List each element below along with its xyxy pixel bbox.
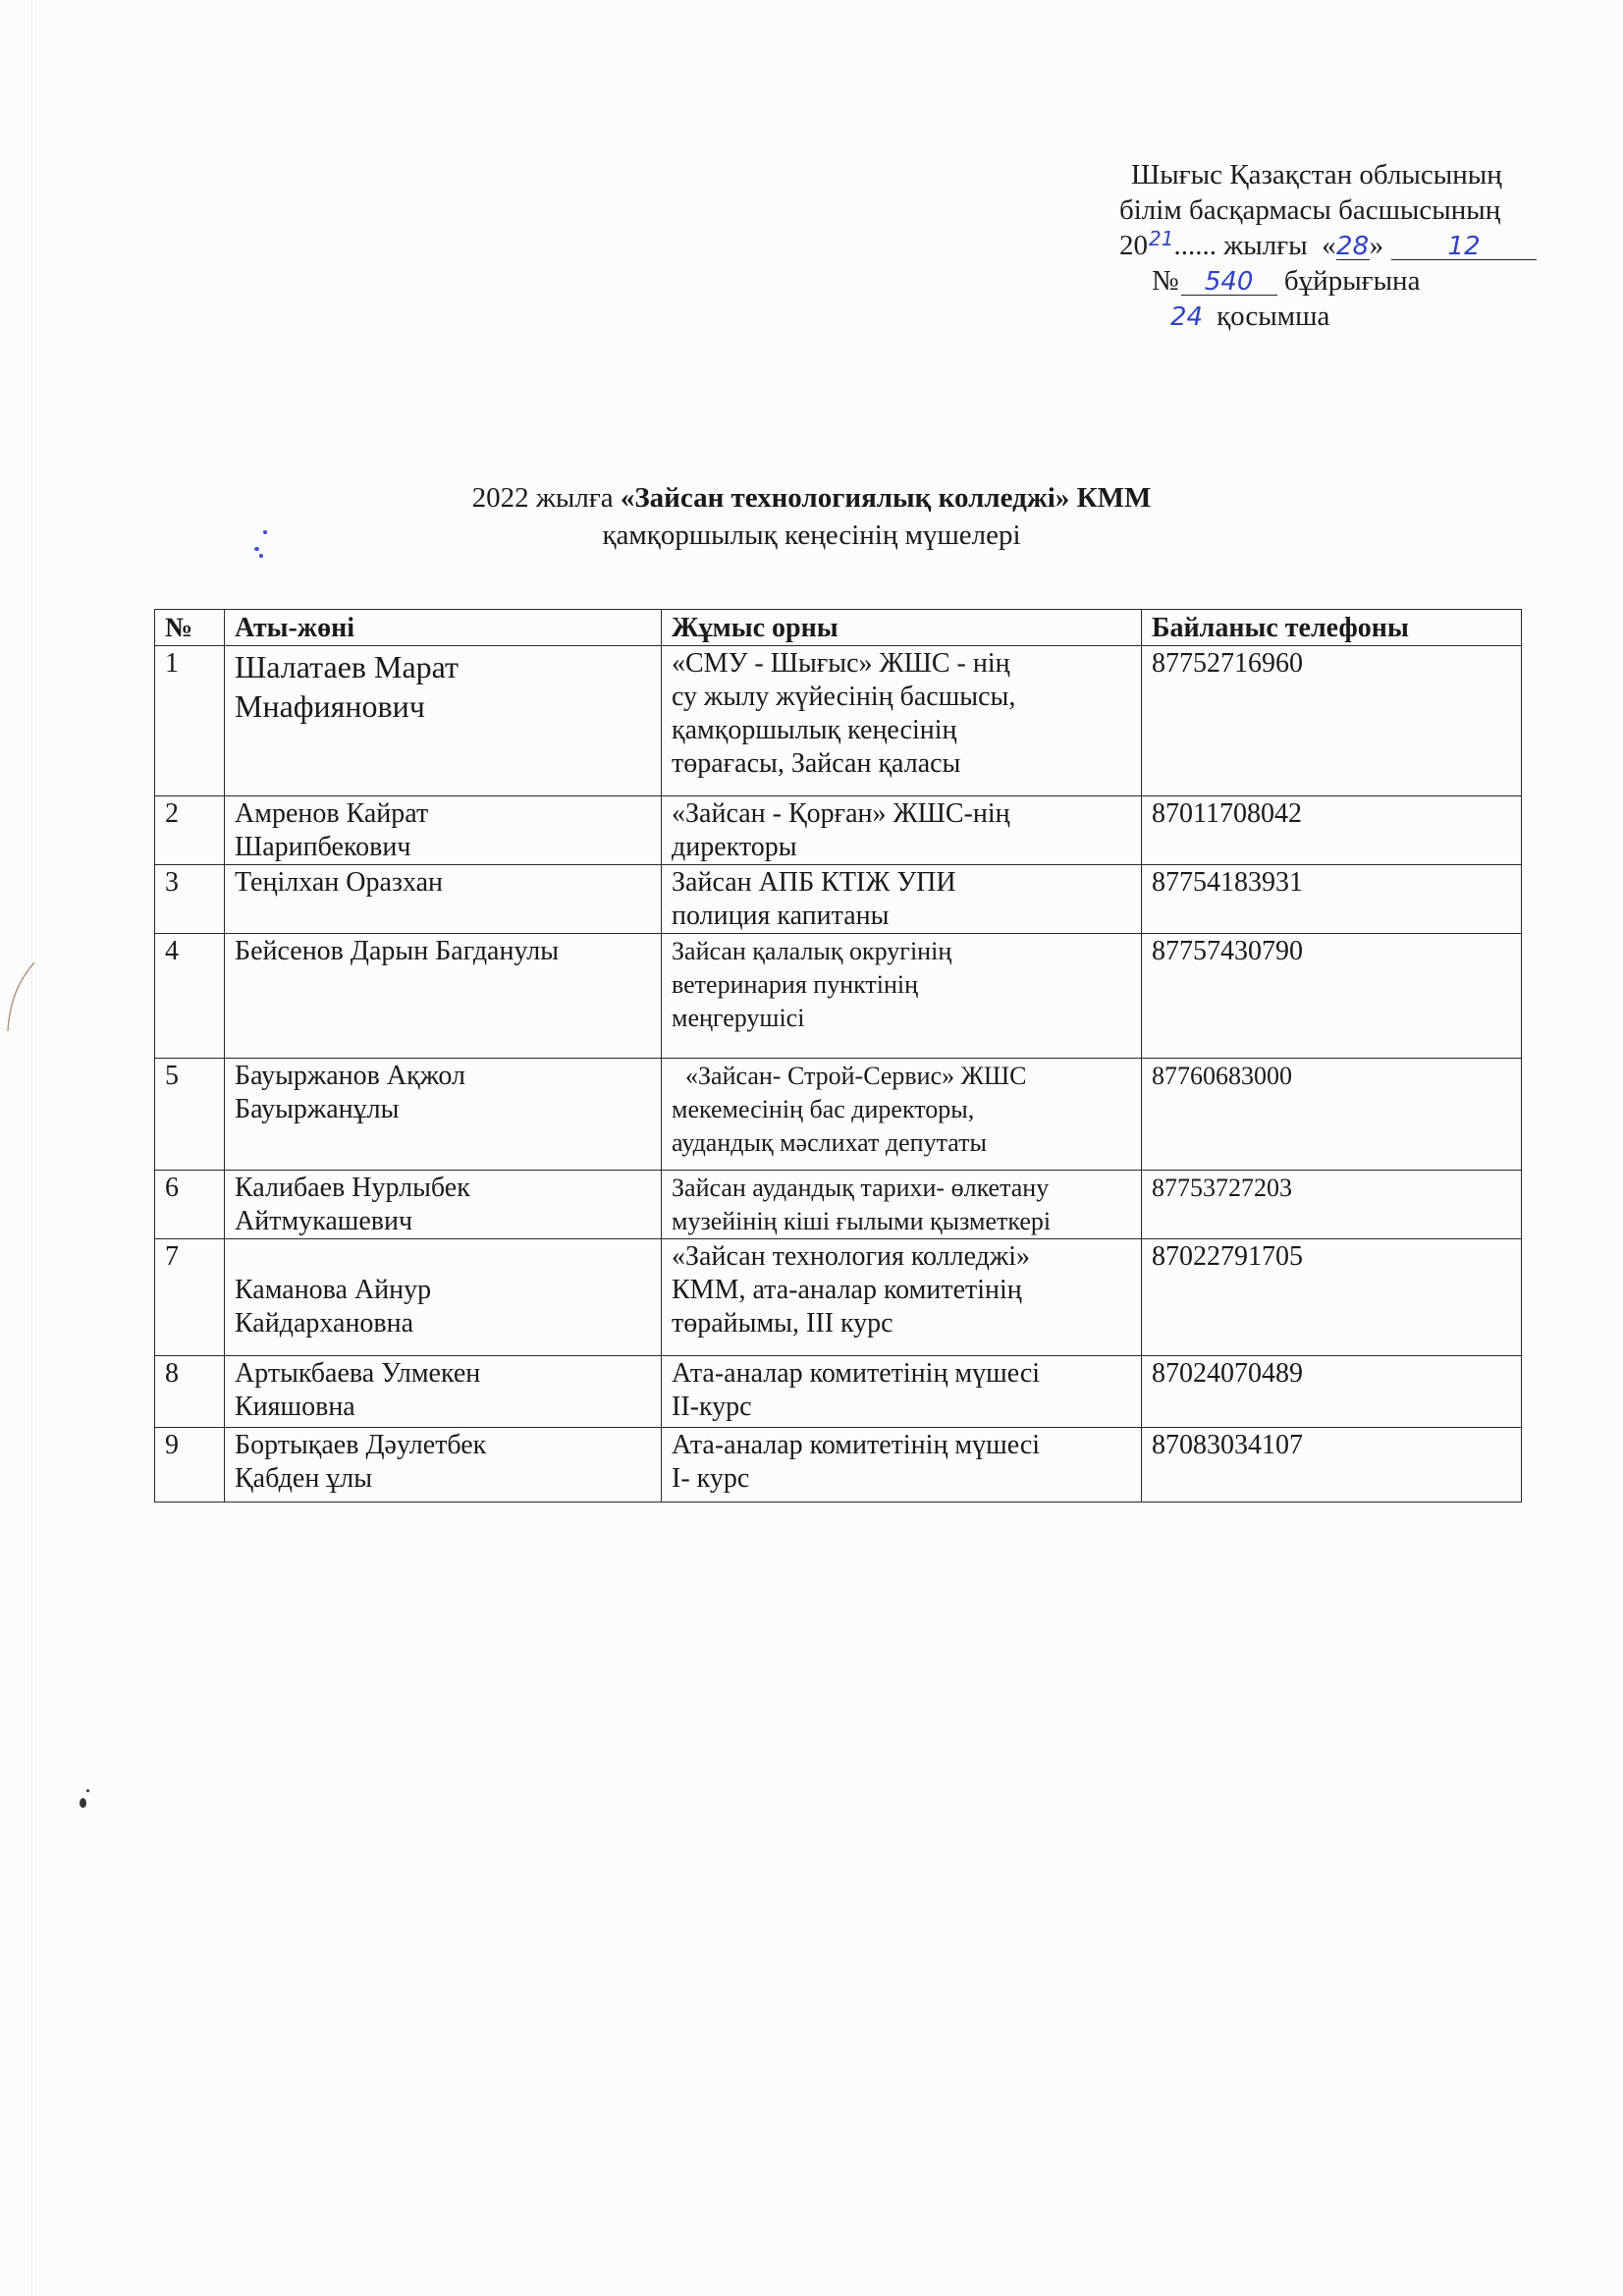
- table-row: 8 Артыкбаева Улмекен Кияшовна Ата-аналар…: [155, 1356, 1522, 1428]
- cell-number: 7: [155, 1239, 225, 1356]
- approval-line-order: №540 бұйрығына: [1119, 263, 1591, 299]
- number-sign: №: [1152, 265, 1179, 297]
- workplace-line: су жылу жүйесінің басшысы,: [672, 681, 1131, 714]
- column-header-workplace: Жұмыс орны: [662, 610, 1142, 646]
- workplace-line: төрайымы, ІІІ курс: [672, 1307, 1131, 1340]
- year-suffix: ...... жылғы: [1173, 230, 1307, 261]
- margin-pen-mark: [2, 957, 41, 1036]
- handwritten-order-number: 540: [1205, 267, 1254, 297]
- table-row: 5 Бауыржанов Ақжол Бауыржанұлы «Зайсан- …: [155, 1059, 1522, 1171]
- cell-phone: 87760683000: [1142, 1059, 1522, 1171]
- name-line: Калибаев Нурлыбек: [235, 1172, 651, 1205]
- workplace-line: «СМУ - Шығыс» ЖШС - нің: [672, 647, 1131, 681]
- order-number-field: 540: [1181, 268, 1277, 296]
- workplace-line: Зайсан аудандық тарихи- өлкетану: [672, 1172, 1131, 1205]
- cell-phone: 87022791705: [1142, 1239, 1522, 1356]
- cell-workplace: «Зайсан - Қорған» ЖШС-нің директоры: [662, 796, 1142, 865]
- scan-edge-line: [31, 0, 32, 2296]
- order-label: бұйрығына: [1284, 265, 1421, 297]
- workplace-line: КММ, ата-аналар комитетінің: [672, 1274, 1131, 1307]
- name-line: Бейсенов Дарын Багданулы: [235, 935, 651, 968]
- approval-block: Шығыс Қазақстан облысының білім басқарма…: [1119, 157, 1591, 334]
- ink-speck: [259, 554, 263, 558]
- name-line: Амренов Кайрат: [235, 797, 651, 831]
- name-line: Шалатаев Марат: [235, 647, 651, 686]
- name-line: Кияшовна: [235, 1391, 651, 1424]
- column-header-phone: Байланыс телефоны: [1142, 610, 1522, 646]
- table-row: 3 Теңілхан Оразхан Зайсан АПБ КТІЖ УПИ п…: [155, 865, 1522, 934]
- cell-name: Артыкбаева Улмекен Кияшовна: [225, 1356, 662, 1428]
- column-header-name: Аты-жөні: [225, 610, 662, 646]
- workplace-line: Зайсан қалалық округінің: [672, 935, 1131, 968]
- cell-number: 4: [155, 934, 225, 1059]
- table-row: 2 Амренов Кайрат Шарипбекович «Зайсан - …: [155, 796, 1522, 865]
- cell-workplace: Ата-аналар комитетінің мүшесі І- курс: [662, 1428, 1142, 1503]
- day-field: 28: [1336, 233, 1370, 260]
- table-row: 9 Бортықаев Дәулетбек Қабден ұлы Ата-ана…: [155, 1428, 1522, 1503]
- name-line: Артыкбаева Улмекен: [235, 1357, 651, 1391]
- name-block: Каманова Айнур Кайдархановна: [235, 1240, 651, 1340]
- workplace-line: «Зайсан - Қорған» ЖШС-нің: [672, 797, 1131, 831]
- workplace-line: Зайсан АПБ КТІЖ УПИ: [672, 866, 1131, 900]
- workplace-line: музейінің кіші ғылыми қызметкері: [672, 1205, 1131, 1238]
- cell-number: 1: [155, 646, 225, 796]
- cell-phone: 87024070489: [1142, 1356, 1522, 1428]
- month-field: 12: [1391, 233, 1537, 260]
- year-prefix: 20: [1119, 230, 1148, 261]
- cell-number: 2: [155, 796, 225, 865]
- name-line: Кайдархановна: [235, 1307, 651, 1340]
- title-organization: «Зайсан технологиялық колледжі» КММ: [621, 482, 1152, 514]
- document-title: 2022 жылға «Зайсан технологиялық колледж…: [0, 479, 1623, 554]
- table-row: 4 Бейсенов Дарын Багданулы Зайсан қалалы…: [155, 934, 1522, 1059]
- workplace-line: меңгерушісі: [672, 1002, 1131, 1035]
- cell-name: Теңілхан Оразхан: [225, 865, 662, 934]
- workplace-line: ветеринария пунктінің: [672, 968, 1131, 1002]
- cell-phone: 87757430790: [1142, 934, 1522, 1059]
- approval-line-region: Шығыс Қазақстан облысының: [1119, 157, 1591, 192]
- quote-close: »: [1370, 230, 1384, 261]
- title-line-1: 2022 жылға «Зайсан технологиялық колледж…: [0, 479, 1623, 517]
- approval-line-department: білім басқармасы басшысының: [1119, 192, 1591, 228]
- name-line: Каманова Айнур: [235, 1274, 651, 1307]
- cell-name: Калибаев Нурлыбек Айтмукашевич: [225, 1171, 662, 1239]
- quote-open: «: [1322, 230, 1336, 261]
- name-line: Бауыржанұлы: [235, 1093, 651, 1126]
- title-year: 2022 жылға: [472, 482, 621, 514]
- column-header-number: №: [155, 610, 225, 646]
- workplace-line: аудандық мәслихат депутаты: [672, 1126, 1131, 1160]
- workplace-line: Ата-аналар комитетінің мүшесі: [672, 1357, 1131, 1391]
- ink-speck: [80, 1798, 86, 1808]
- workplace-line: ІІ-курс: [672, 1391, 1131, 1424]
- cell-name: Шалатаев Марат Мнафиянович: [225, 646, 662, 796]
- workplace-line: мекемесінің бас директоры,: [672, 1093, 1131, 1126]
- approval-line-date: 2021...... жылғы «28»12: [1119, 228, 1591, 263]
- workplace-line: қамқоршылық кеңесінің: [672, 714, 1131, 747]
- cell-workplace: «СМУ - Шығыс» ЖШС - нің су жылу жүйесіні…: [662, 646, 1142, 796]
- workplace-line: полиция капитаны: [672, 900, 1131, 933]
- cell-name: Бауыржанов Ақжол Бауыржанұлы: [225, 1059, 662, 1171]
- handwritten-year: 21: [1149, 227, 1173, 250]
- table-row: 7 Каманова Айнур Кайдархановна «Зайсан т…: [155, 1239, 1522, 1356]
- handwritten-day: 28: [1336, 232, 1369, 261]
- workplace-line: «Зайсан- Строй-Сервис» ЖШС: [672, 1060, 1131, 1093]
- cell-number: 8: [155, 1356, 225, 1428]
- cell-phone: 87011708042: [1142, 796, 1522, 865]
- cell-workplace: «Зайсан- Строй-Сервис» ЖШС мекемесінің б…: [662, 1059, 1142, 1171]
- cell-workplace: Зайсан АПБ КТІЖ УПИ полиция капитаны: [662, 865, 1142, 934]
- cell-name: Бортықаев Дәулетбек Қабден ұлы: [225, 1428, 662, 1503]
- table-row: 1 Шалатаев Марат Мнафиянович «СМУ - Шығы…: [155, 646, 1522, 796]
- cell-number: 9: [155, 1428, 225, 1503]
- cell-number: 5: [155, 1059, 225, 1171]
- cell-workplace: «Зайсан технология колледжі» КММ, ата-ан…: [662, 1239, 1142, 1356]
- cell-phone: 87752716960: [1142, 646, 1522, 796]
- table-row: 6 Калибаев Нурлыбек Айтмукашевич Зайсан …: [155, 1171, 1522, 1239]
- name-line: Қабден ұлы: [235, 1462, 651, 1496]
- members-table: № Аты-жөні Жұмыс орны Байланыс телефоны …: [154, 609, 1522, 1503]
- approval-line-annex: 24қосымша: [1119, 299, 1591, 334]
- ink-speck: [86, 1789, 89, 1792]
- cell-phone: 87753727203: [1142, 1171, 1522, 1239]
- cell-phone: 87754183931: [1142, 865, 1522, 934]
- cell-name: Бейсенов Дарын Багданулы: [225, 934, 662, 1059]
- handwritten-month: 12: [1448, 232, 1481, 261]
- name-line: Теңілхан Оразхан: [235, 866, 651, 900]
- cell-workplace: Зайсан қалалық округінің ветеринария пун…: [662, 934, 1142, 1059]
- table-header-row: № Аты-жөні Жұмыс орны Байланыс телефоны: [155, 610, 1522, 646]
- cell-name: Каманова Айнур Кайдархановна: [225, 1239, 662, 1356]
- cell-number: 3: [155, 865, 225, 934]
- title-subtitle: қамқоршылық кеңесінің мүшелері: [0, 517, 1623, 554]
- annex-label: қосымша: [1217, 301, 1329, 332]
- cell-phone: 87083034107: [1142, 1428, 1522, 1503]
- name-line: Мнафиянович: [235, 686, 651, 726]
- workplace-line: І- курс: [672, 1462, 1131, 1496]
- cell-workplace: Зайсан аудандық тарихи- өлкетану музейін…: [662, 1171, 1142, 1239]
- workplace-line: төрағасы, Зайсан қаласы: [672, 747, 1131, 781]
- workplace-line: Ата-аналар комитетінің мүшесі: [672, 1429, 1131, 1462]
- cell-workplace: Ата-аналар комитетінің мүшесі ІІ-курс: [662, 1356, 1142, 1428]
- name-line: Шарипбекович: [235, 831, 651, 864]
- handwritten-annex-number: 24: [1170, 302, 1203, 332]
- name-line: Бауыржанов Ақжол: [235, 1060, 651, 1093]
- cell-name: Амренов Кайрат Шарипбекович: [225, 796, 662, 865]
- name-line: Бортықаев Дәулетбек: [235, 1429, 651, 1462]
- cell-number: 6: [155, 1171, 225, 1239]
- name-line: Айтмукашевич: [235, 1205, 651, 1238]
- workplace-line: «Зайсан технология колледжі»: [672, 1240, 1131, 1274]
- workplace-line: директоры: [672, 831, 1131, 864]
